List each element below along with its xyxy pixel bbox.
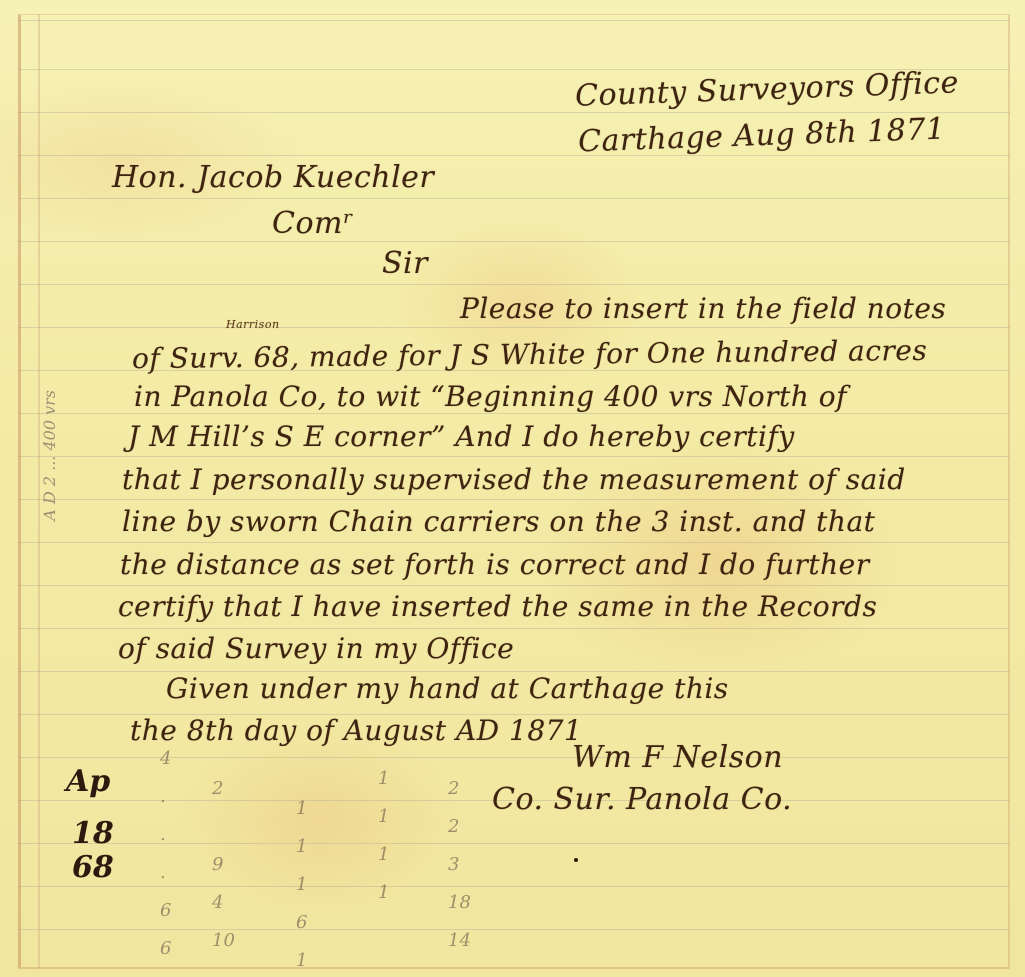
body-line-1: Please to insert in the field notes (460, 292, 946, 325)
tally-column-5: 2 2 3 18 14 (448, 770, 471, 960)
body-line-8: certify that I have inserted the same in… (118, 590, 877, 623)
body-line-5: that I personally supervised the measure… (122, 463, 906, 496)
tally-column-2: 2 9 4 10 (212, 770, 235, 960)
closing-line-1: Given under my hand at Carthage this (166, 672, 729, 705)
body-line-4: J M Hill’s S E corner” And I do hereby c… (128, 420, 795, 453)
interlinear-insert: Harrison (226, 318, 280, 331)
ink-dot (574, 858, 578, 862)
addressee-title: Comʳ (272, 206, 354, 241)
document-page: County Surveyors Office Carthage Aug 8th… (0, 0, 1025, 977)
tally-left-mark-1: Ap (66, 760, 110, 804)
tally-column-3: 1 1 1 6 1 (296, 790, 307, 977)
tally-left-mark-3: 68 (72, 846, 114, 890)
margin-note: A D 2 ... 400 vrs (40, 390, 59, 521)
signature-title: Co. Sur. Panola Co. (492, 782, 792, 817)
signature-name: Wm F Nelson (572, 740, 783, 775)
body-line-9: of said Survey in my Office (118, 632, 514, 665)
body-line-7: the distance as set forth is correct and… (120, 548, 870, 581)
body-line-3: in Panola Co, to wit “Beginning 400 vrs … (134, 380, 847, 413)
salutation: Sir (382, 246, 428, 281)
addressee-name: Hon. Jacob Kuechler (112, 160, 434, 195)
body-line-6: line by sworn Chain carriers on the 3 in… (122, 505, 875, 538)
closing-line-2: the 8th day of August AD 1871 (130, 714, 582, 747)
tally-column-4: 1 1 1 1 (378, 760, 389, 912)
tally-column-1: 4 . . . 6 6 (160, 740, 171, 968)
